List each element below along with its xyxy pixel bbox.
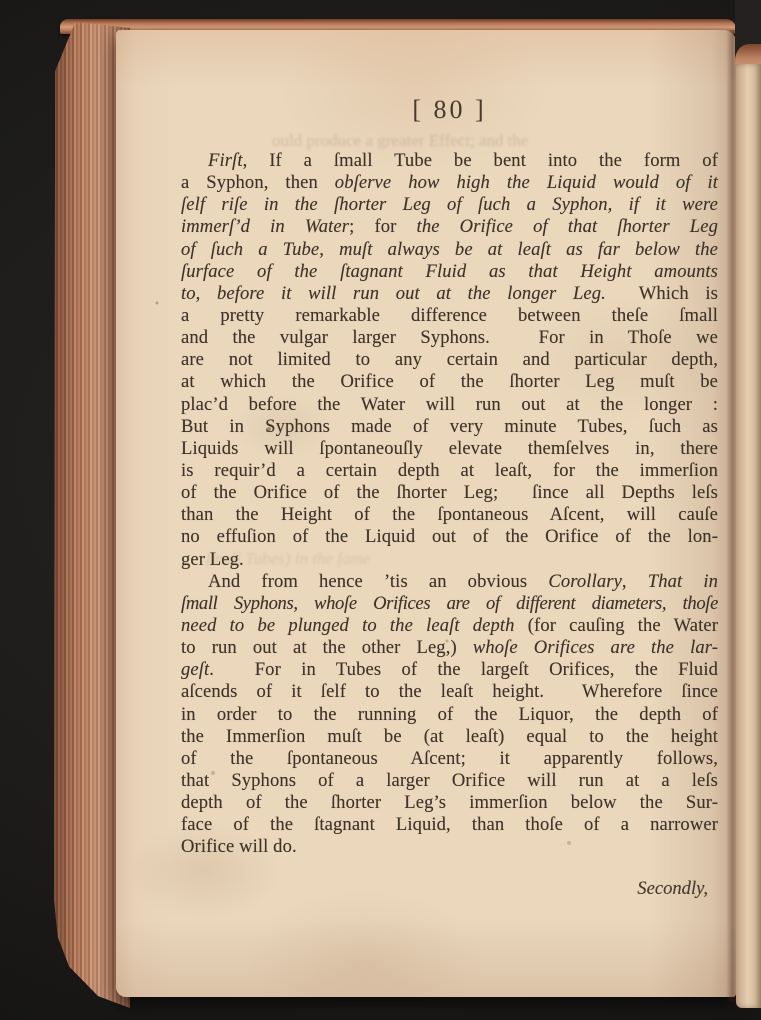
- roman-text: no effuſion of the Liquid out of the Ori…: [181, 526, 718, 547]
- roman-text: And from hence ’tis an obvious: [208, 571, 548, 592]
- text-line: ſurface of the ſtagnant Fluid as that He…: [181, 261, 718, 283]
- italic-text: ſmall Syphons, whoſe Orifices are of dif…: [181, 593, 718, 614]
- roman-text: of the ſpontaneous Aſcent; it apparently…: [181, 748, 718, 769]
- text-line: at which the Orifice of the ſhorter Leg …: [181, 371, 718, 393]
- text-line: in order to the running of the Liquor, t…: [181, 704, 718, 726]
- text-line: Liquids will ſpontaneouſly elevate themſ…: [181, 438, 718, 460]
- show-through-text: ould produce a greater Effect; and the: [272, 131, 528, 151]
- italic-text: immerſ’d in Water: [181, 216, 349, 237]
- roman-text: a Syphon, then: [181, 172, 335, 193]
- italic-text: to, before it will run out at the longer…: [181, 283, 606, 304]
- text-line: is requir’d a certain depth at leaſt, fo…: [181, 460, 718, 482]
- text-line: need to be plunged to the leaſt depth (f…: [181, 615, 718, 637]
- text-line: of the Orifice of the ſhorter Leg; ſince…: [181, 482, 718, 504]
- roman-text: . For in Tubes of the largeſt Orifices, …: [209, 659, 718, 680]
- roman-text: is requir’d a certain depth at leaſt, fo…: [181, 460, 718, 481]
- text-line: no effuſion of the Liquid out of the Ori…: [181, 526, 718, 548]
- roman-text: the Immerſion muſt be (at leaſt) equal t…: [181, 726, 718, 747]
- text-line: ſmall Syphons, whoſe Orifices are of dif…: [181, 593, 718, 615]
- roman-text: than the Height of the ſpontaneous Aſcen…: [181, 504, 718, 525]
- roman-text: Orifice will do.: [181, 836, 297, 857]
- text-line: Orifice will do.: [181, 836, 718, 858]
- italic-text: That in: [648, 571, 718, 592]
- text-line: to run out at the other Leg,) whoſe Orif…: [181, 637, 718, 659]
- text-line: immerſ’d in Water; for the Orifice of th…: [181, 216, 718, 238]
- roman-text: are not limited to any certain and parti…: [181, 349, 718, 370]
- text-line: geſt. For in Tubes of the largeſt Orific…: [181, 659, 718, 681]
- text-line: of the ſpontaneous Aſcent; it apparently…: [181, 748, 718, 770]
- roman-text: plac’d before the Water will run out at …: [181, 394, 718, 415]
- italic-text: need to be plunged to the leaſt depth: [181, 615, 515, 636]
- roman-text: a pretty remarkable difference between t…: [181, 305, 718, 326]
- roman-text: , If a ſmall Tube be bent into the form …: [243, 150, 718, 171]
- roman-text: But in Syphons made of very minute Tubes…: [181, 416, 718, 437]
- italic-text: Corollary: [548, 571, 622, 592]
- italic-text: the Orifice of that ſhorter Leg: [417, 216, 718, 237]
- roman-text: ,: [622, 571, 648, 592]
- text-line: that Syphons of a larger Orifice will ru…: [181, 770, 718, 792]
- roman-text: Which is: [606, 283, 718, 304]
- text-line: of ſuch a Tube, muſt always be at leaſt …: [181, 239, 718, 261]
- text-line: Firſt, If a ſmall Tube be bent into the …: [181, 150, 718, 172]
- text-line: than the Height of the ſpontaneous Aſcen…: [181, 504, 718, 526]
- text-line: to, before it will run out at the longer…: [181, 283, 718, 305]
- text-line: aſcends of it ſelf to the leaſt height. …: [181, 681, 718, 703]
- book-scan: [ 80 ] ould produce a greater Effect; an…: [0, 0, 761, 1020]
- roman-text: depth of the ſhorter Leg’s immerſion bel…: [181, 792, 718, 813]
- roman-text: Liquids will ſpontaneouſly elevate themſ…: [181, 438, 718, 459]
- text-block: Firſt, If a ſmall Tube be bent into the …: [181, 150, 718, 859]
- text-line: depth of the ſhorter Leg’s immerſion bel…: [181, 792, 718, 814]
- catchword: Secondly,: [181, 878, 708, 900]
- italic-text: ſelf riſe in the ſhorter Leg of ſuch a S…: [181, 194, 718, 215]
- text-line: ſelf riſe in the ſhorter Leg of ſuch a S…: [181, 194, 718, 216]
- roman-text: (for cauſing the Water: [515, 615, 718, 636]
- roman-text: at which the Orifice of the ſhorter Leg …: [181, 371, 718, 392]
- roman-text: ger Leg.: [181, 549, 244, 570]
- italic-text: of ſuch a Tube, muſt always be at leaſt …: [181, 239, 718, 260]
- roman-text: in order to the running of the Liquor, t…: [181, 704, 718, 725]
- italic-text: ſurface of the ſtagnant Fluid as that He…: [181, 261, 718, 282]
- text-line: And from hence ’tis an obvious Corollary…: [181, 571, 718, 593]
- next-page-sliver: [736, 64, 761, 1008]
- text-line: ger Leg.: [181, 549, 718, 571]
- roman-text: of the Orifice of the ſhorter Leg; ſince…: [181, 482, 718, 503]
- italic-text: Firſt: [208, 150, 243, 171]
- roman-text: that Syphons of a larger Orifice will ru…: [181, 770, 718, 791]
- roman-text: aſcends of it ſelf to the leaſt height. …: [181, 681, 718, 702]
- roman-text: and the vulgar larger Syphons. For in Th…: [181, 327, 718, 348]
- page-number: [ 80 ]: [181, 95, 718, 125]
- text-line: a Syphon, then obſerve how high the Liqu…: [181, 172, 718, 194]
- italic-text: whoſe Orifices are the lar-: [473, 637, 718, 658]
- italic-text: geſt: [181, 659, 209, 680]
- roman-text: ; for: [349, 216, 416, 237]
- italic-text: obſerve how high the Liquid would of it: [335, 172, 718, 193]
- roman-text: face of the ſtagnant Liquid, than thoſe …: [181, 814, 718, 835]
- roman-text: to run out at the other Leg,): [181, 637, 473, 658]
- text-line: face of the ſtagnant Liquid, than thoſe …: [181, 814, 718, 836]
- text-line: plac’d before the Water will run out at …: [181, 394, 718, 416]
- text-line: are not limited to any certain and parti…: [181, 349, 718, 371]
- text-line: But in Syphons made of very minute Tubes…: [181, 416, 718, 438]
- text-line: and the vulgar larger Syphons. For in Th…: [181, 327, 718, 349]
- text-line: the Immerſion muſt be (at leaſt) equal t…: [181, 726, 718, 748]
- text-line: a pretty remarkable difference between t…: [181, 305, 718, 327]
